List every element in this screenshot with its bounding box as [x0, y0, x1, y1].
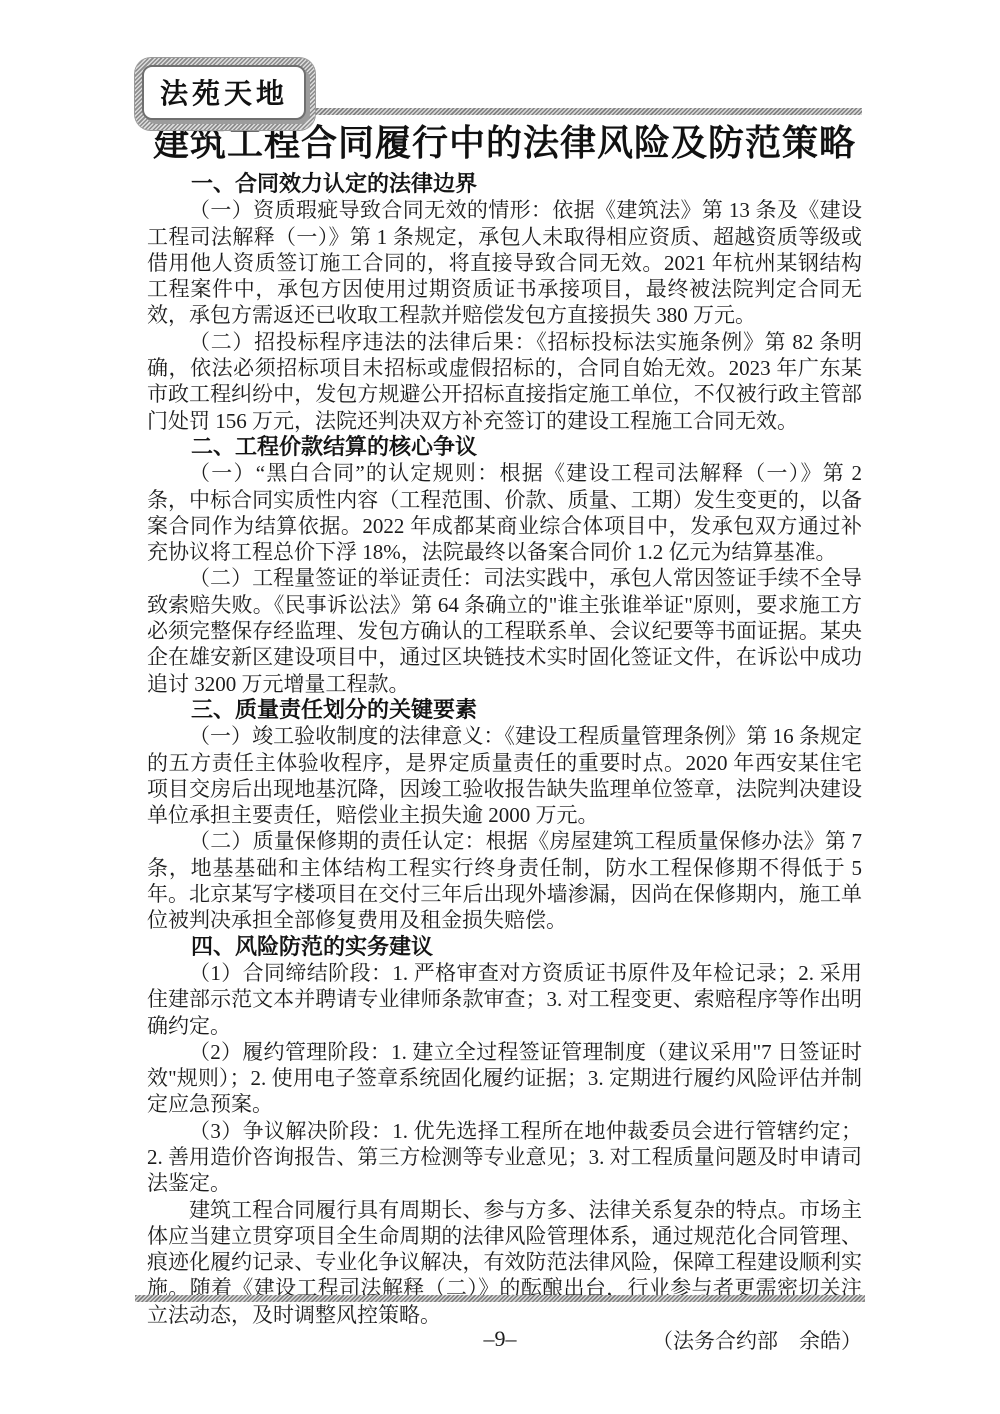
document-page: 法苑天地 建筑工程合同履行中的法律风险及防范策略 一、合同效力认定的法律边界（一…: [0, 0, 1000, 1414]
body-paragraph: （二）工程量签证的举证责任：司法实践中，承包人常因签证手续不全导致索赔失败。《民…: [147, 565, 862, 696]
body-paragraph: （一）资质瑕疵导致合同无效的情形：依据《建筑法》第 13 条及《建设工程司法解释…: [147, 197, 862, 328]
body-paragraph: （2）履约管理阶段：1. 建立全过程签证管理制度（建议采用"7 日签证时效"规则…: [147, 1039, 862, 1118]
body-paragraph: （二）招投标程序违法的法律后果：《招标投标法实施条例》第 82 条明确，依法必须…: [147, 329, 862, 434]
column-badge: 法苑天地: [135, 58, 315, 130]
article-body: 一、合同效力认定的法律边界（一）资质瑕疵导致合同无效的情形：依据《建筑法》第 1…: [147, 171, 862, 1328]
body-paragraph: （3）争议解决阶段：1. 优先选择工程所在地仲裁委员会进行管辖约定；2. 善用造…: [147, 1118, 862, 1197]
footer-rule: [135, 1295, 865, 1302]
page-number: –9–: [0, 1326, 1000, 1352]
section-heading: 四、风险防范的实务建议: [147, 934, 862, 960]
body-paragraph: （1）合同缔结阶段：1. 严格审查对方资质证书原件及年检记录；2. 采用住建部示…: [147, 960, 862, 1039]
section-heading: 一、合同效力认定的法律边界: [147, 171, 862, 197]
body-paragraph: （二）质量保修期的责任认定：根据《房屋建筑工程质量保修办法》第 7 条，地基基础…: [147, 828, 862, 933]
section-heading: 二、工程价款结算的核心争议: [147, 434, 862, 460]
body-paragraph: （一）竣工验收制度的法律意义：《建设工程质量管理条例》第 16 条规定的五方责任…: [147, 723, 862, 828]
body-paragraph: 建筑工程合同履行具有周期长、参与方多、法律关系复杂的特点。市场主体应当建立贯穿项…: [147, 1197, 862, 1328]
badge-label: 法苑天地: [142, 65, 306, 120]
section-heading: 三、质量责任划分的关键要素: [147, 697, 862, 723]
body-paragraph: （一）“黑白合同”的认定规则：根据《建设工程司法解释（一）》第 2 条，中标合同…: [147, 460, 862, 565]
